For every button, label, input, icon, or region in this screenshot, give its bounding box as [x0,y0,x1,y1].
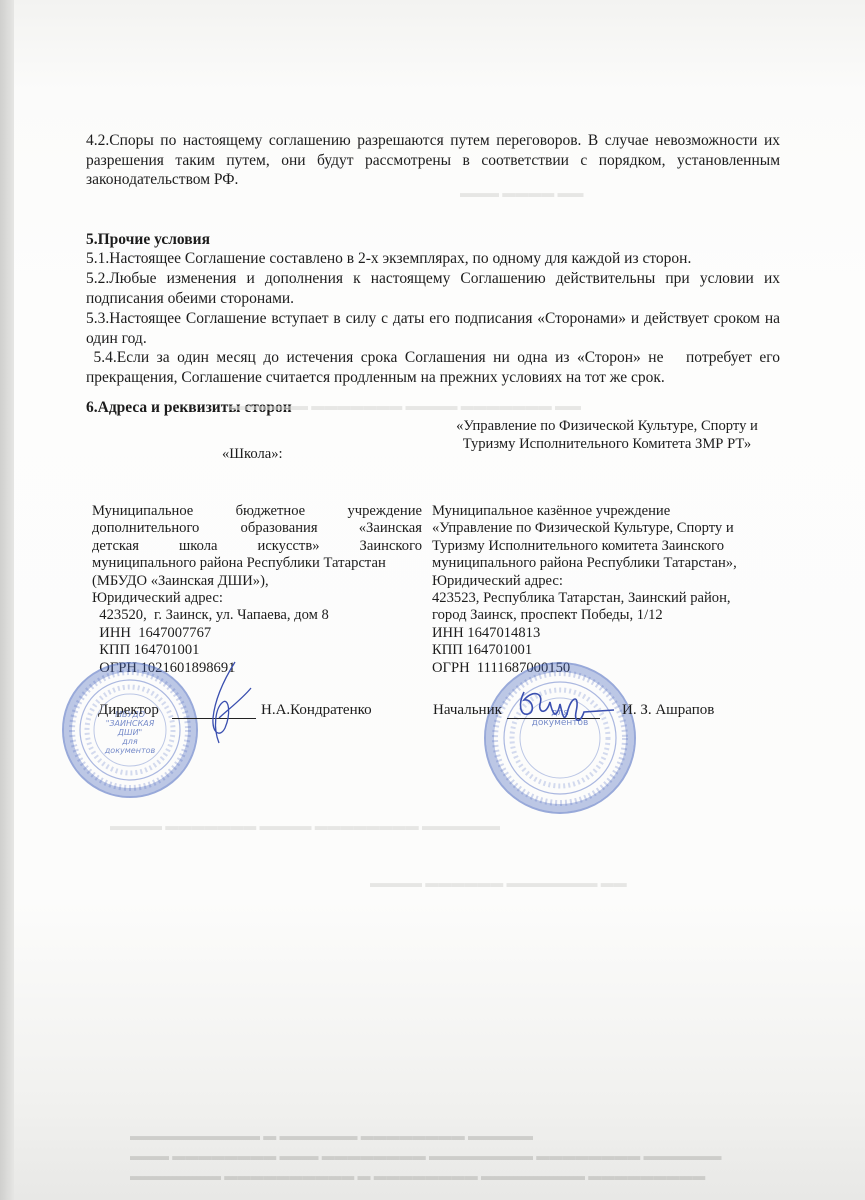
clause-5-4: 5.4.Если за один месяц до истечения срок… [86,348,780,387]
left-party-kpp: КПП 164701001 [92,642,422,659]
bleed-through-text: ▬▬▬▬▬▬ ▬▬▬▬▬▬▬ ▬▬▬▬ ▬▬▬▬▬▬▬ ▬▬ [230,398,581,414]
left-party-title: «Школа»: [222,445,283,464]
bleed-through-text: ▬▬▬▬▬▬▬▬▬▬ ▬ ▬▬▬▬▬▬ ▬▬▬▬▬▬▬▬ ▬▬▬▬▬ [130,1128,533,1144]
left-party-line: детская школа искусств» Заинского [92,538,422,555]
right-handwritten-signature-icon [510,682,620,732]
clause-4-2: 4.2.Споры по настоящему соглашению разре… [86,131,780,190]
clause-5-2: 5.2.Любые изменения и дополнения к насто… [86,269,780,308]
right-party-kpp: КПП 164701001 [432,642,782,659]
scan-edge-shadow [0,0,14,1200]
right-party-details: Муниципальное казённое учреждение «Управ… [432,503,782,677]
right-party-line: муниципального района Республики Татарст… [432,555,782,572]
right-party-title: «Управление по Физической Культуре, Спор… [432,417,782,453]
left-signature-name: Н.А.Кондратенко [261,701,372,720]
right-party-line: Юридический адрес: [432,573,782,590]
right-party-line: «Управление по Физической Культуре, Спор… [432,520,782,537]
right-party-title-line-1: «Управление по Физической Культуре, Спор… [432,417,782,435]
clause-5-1: 5.1.Настоящее Соглашение составлено в 2-… [86,249,780,269]
right-party-address: город Заинск, проспект Победы, 1/12 [432,607,782,624]
left-party-details: Муниципальное бюджетное учреждение допол… [92,503,422,677]
right-signature-role: Начальник [433,701,502,720]
right-signature-name: И. З. Ашрапов [622,701,714,720]
left-handwritten-signature-icon [185,658,255,758]
left-official-stamp: МБУДО "ЗАИНСКАЯ ДШИ" для документов [62,662,198,798]
bleed-through-text: ▬▬▬▬ ▬▬▬▬▬▬ ▬▬▬▬▬▬▬ ▬▬ [370,875,627,891]
bleed-through-text: ▬▬▬ ▬▬▬▬ ▬▬ [460,185,584,201]
left-party-inn: ИНН 1647007767 [92,625,422,642]
scanned-page: 4.2.Споры по настоящему соглашению разре… [0,0,865,1200]
clause-5-3: 5.3.Настоящее Соглашение вступает в силу… [86,309,780,348]
left-party-line: (МБУДО «Заинская ДШИ»), [92,573,422,590]
left-party-address: 423520, г. Заинск, ул. Чапаева, дом 8 [92,607,422,624]
bleed-through-text: ▬▬▬ ▬▬▬▬▬▬▬▬ ▬▬▬ ▬▬▬▬▬▬▬▬ ▬▬▬▬▬▬▬▬ ▬▬▬▬▬… [130,1148,722,1164]
right-party-title-line-2: Туризму Исполнительного Комитета ЗМР РТ» [432,435,782,453]
left-party-line: Муниципальное бюджетное учреждение [92,503,422,520]
left-party-line: дополнительного образования «Заинская [92,520,422,537]
left-signature-role: Директор [98,701,159,720]
right-party-line: Муниципальное казённое учреждение [432,503,782,520]
section-5-heading: 5.Прочие условия [86,230,780,250]
right-party-inn: ИНН 1647014813 [432,625,782,642]
bleed-through-text: ▬▬▬▬▬▬▬ ▬▬▬▬▬▬▬▬▬▬ ▬ ▬▬▬▬▬▬▬▬ ▬▬▬▬▬▬▬▬ ▬… [130,1168,705,1184]
bleed-through-text: ▬▬▬▬ ▬▬▬▬▬▬▬ ▬▬▬▬ ▬▬▬▬▬▬▬▬ ▬▬▬▬▬▬ [110,818,500,834]
left-party-line: муниципального района Республики Татарст… [92,555,422,572]
left-party-line: Юридический адрес: [92,590,422,607]
right-party-address: 423523, Республика Татарстан, Заинский р… [432,590,782,607]
right-party-line: Туризму Исполнительного комитета Заинско… [432,538,782,555]
